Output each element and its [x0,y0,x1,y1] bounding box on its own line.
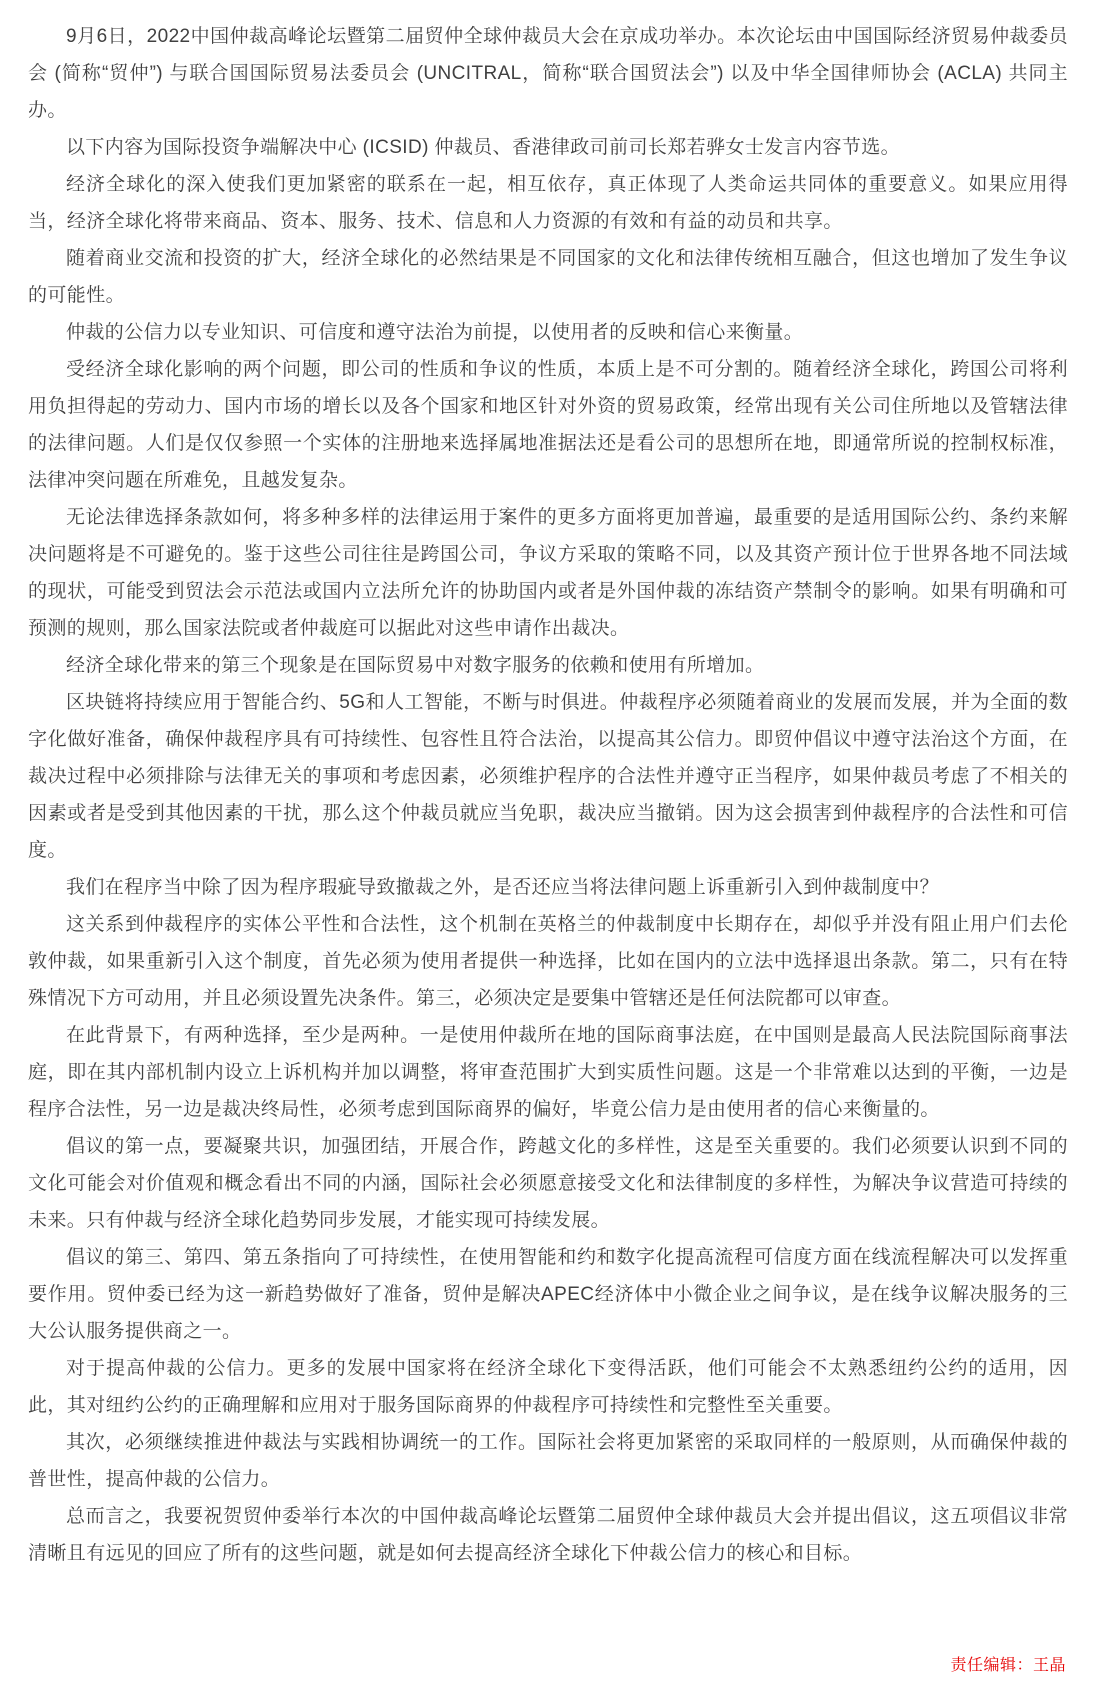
article-paragraph: 无论法律选择条款如何，将多种多样的法律运用于案件的更多方面将更加普遍，最重要的是… [28,499,1068,647]
article-paragraph: 区块链将持续应用于智能合约、5G和人工智能，不断与时俱进。仲裁程序必须随着商业的… [28,684,1068,869]
article-paragraph: 仲裁的公信力以专业知识、可信度和遵守法治为前提，以使用者的反映和信心来衡量。 [28,314,1068,351]
article-paragraph: 经济全球化的深入使我们更加紧密的联系在一起，相互依存，真正体现了人类命运共同体的… [28,166,1068,240]
article-paragraph: 在此背景下，有两种选择，至少是两种。一是使用仲裁所在地的国际商事法庭，在中国则是… [28,1017,1068,1128]
article-paragraph: 经济全球化带来的第三个现象是在国际贸易中对数字服务的依赖和使用有所增加。 [28,647,1068,684]
article-paragraph: 9月6日，2022中国仲裁高峰论坛暨第二届贸仲全球仲裁员大会在京成功举办。本次论… [28,18,1068,129]
article-paragraph: 我们在程序当中除了因为程序瑕疵导致撤裁之外，是否还应当将法律问题上诉重新引入到仲… [28,869,1068,906]
editor-credit: 责任编辑：王晶 [28,1652,1068,1675]
article-paragraph: 倡议的第一点，要凝聚共识，加强团结，开展合作，跨越文化的多样性，这是至关重要的。… [28,1128,1068,1239]
article-paragraph: 其次，必须继续推进仲裁法与实践相协调统一的工作。国际社会将更加紧密的采取同样的一… [28,1424,1068,1498]
article-paragraph: 以下内容为国际投资争端解决中心 (ICSID) 仲裁员、香港律政司前司长郑若骅女… [28,129,1068,166]
article-page: 9月6日，2022中国仲裁高峰论坛暨第二届贸仲全球仲裁员大会在京成功举办。本次论… [0,0,1094,1691]
article-paragraph: 这关系到仲裁程序的实体公平性和合法性，这个机制在英格兰的仲裁制度中长期存在，却似… [28,906,1068,1017]
article-paragraph: 总而言之，我要祝贺贸仲委举行本次的中国仲裁高峰论坛暨第二届贸仲全球仲裁员大会并提… [28,1498,1068,1572]
article-paragraph: 随着商业交流和投资的扩大，经济全球化的必然结果是不同国家的文化和法律传统相互融合… [28,240,1068,314]
article-body: 9月6日，2022中国仲裁高峰论坛暨第二届贸仲全球仲裁员大会在京成功举办。本次论… [28,18,1068,1572]
article-paragraph: 对于提高仲裁的公信力。更多的发展中国家将在经济全球化下变得活跃，他们可能会不太熟… [28,1350,1068,1424]
article-paragraph: 受经济全球化影响的两个问题，即公司的性质和争议的性质，本质上是不可分割的。随着经… [28,351,1068,499]
article-paragraph: 倡议的第三、第四、第五条指向了可持续性，在使用智能和约和数字化提高流程可信度方面… [28,1239,1068,1350]
